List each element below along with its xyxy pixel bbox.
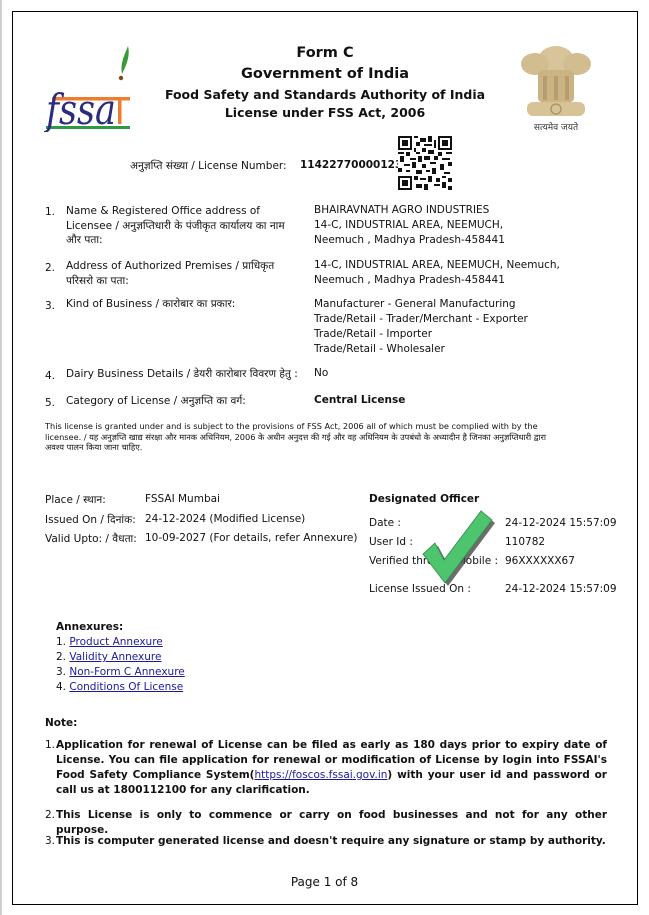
annexure-item-product: 1. Product Annexure xyxy=(56,636,163,648)
item-1-number: 1. xyxy=(45,206,55,218)
issued-on-label: Issued On / दिनांक: xyxy=(45,513,136,527)
conditions-of-license-link[interactable]: Conditions Of License xyxy=(69,681,183,693)
annexure-number: 4. xyxy=(56,681,66,693)
item-5-number: 5. xyxy=(45,397,55,409)
validity-annexure-link[interactable]: Validity Annexure xyxy=(69,651,161,663)
national-emblem: सत्यमेव जयते xyxy=(513,40,599,136)
officer-userid-label: User Id : xyxy=(369,536,413,548)
item-3-value-4: Trade/Retail - Wholesaler xyxy=(314,342,445,357)
page-number: Page 1 of 8 xyxy=(0,875,649,889)
license-number-label: अनुज्ञप्ति संख्या / License Number: xyxy=(130,159,287,173)
note-title: Note: xyxy=(45,717,77,729)
officer-mobile-value: 96XXXXXX67 xyxy=(505,555,575,567)
item-4-value: No xyxy=(314,366,328,381)
foscos-link[interactable]: https://foscos.fssai.gov.in xyxy=(254,769,387,781)
annexure-number: 1. xyxy=(56,636,66,648)
item-4-label: Dairy Business Details / डेयरी कारोबार व… xyxy=(66,367,311,382)
place-value: FSSAI Mumbai xyxy=(145,493,220,505)
item-2-value-2: Neemuch , Madhya Pradesh-458441 xyxy=(314,273,505,288)
svg-text:fssa: fssa xyxy=(43,85,116,132)
government-title: Government of India xyxy=(150,66,500,82)
license-issued-on-value: 24-12-2024 15:57:09 xyxy=(505,583,617,595)
non-form-c-annexure-link[interactable]: Non-Form C Annexure xyxy=(69,666,184,678)
valid-upto-value: 10-09-2027 (For details, refer Annexure) xyxy=(145,532,358,544)
item-1-value-1: BHAIRAVNATH AGRO INDUSTRIES xyxy=(314,203,489,218)
officer-date-label: Date : xyxy=(369,517,401,529)
emblem-motto: सत्यमेव जयते xyxy=(513,120,599,133)
annexure-item-conditions: 4. Conditions Of License xyxy=(56,681,183,693)
item-2-value-1: 14-C, INDUSTRIAL AREA, NEEMUCH, Neemuch, xyxy=(314,258,560,273)
product-annexure-link[interactable]: Product Annexure xyxy=(69,636,162,648)
item-3-number: 3. xyxy=(45,300,55,312)
viewer-edge xyxy=(0,0,2,915)
designated-officer-title: Designated Officer xyxy=(369,493,479,505)
annexures-title: Annexures: xyxy=(56,621,123,633)
qr-code xyxy=(398,136,452,190)
item-5-value: Central License xyxy=(314,393,405,408)
officer-date-value: 24-12-2024 15:57:09 xyxy=(505,517,617,529)
license-disclaimer: This license is granted under and is sub… xyxy=(45,421,565,453)
act-title: License under FSS Act, 2006 xyxy=(150,105,500,120)
place-label: Place / स्थान: xyxy=(45,493,106,507)
item-4-number: 4. xyxy=(45,370,55,382)
annexure-number: 2. xyxy=(56,651,66,663)
lion-capital-icon xyxy=(513,40,599,120)
officer-userid-value: 110782 xyxy=(505,536,545,548)
annexure-number: 3. xyxy=(56,666,66,678)
item-3-value-3: Trade/Retail - Importer xyxy=(314,327,432,342)
item-2-label: Address of Authorized Premises / प्राधिक… xyxy=(66,259,296,288)
note-number: 2. xyxy=(45,808,55,823)
note-1: 1. Application for renewal of License ca… xyxy=(45,738,607,798)
note-1-text: Application for renewal of License can b… xyxy=(56,738,607,798)
authority-title: Food Safety and Standards Authority of I… xyxy=(150,87,500,102)
note-3: 3. This is computer generated license an… xyxy=(45,834,607,849)
note-3-text: This is computer generated license and d… xyxy=(56,834,607,849)
item-3-value-1: Manufacturer - General Manufacturing xyxy=(314,297,516,312)
annexure-item-non-form-c: 3. Non-Form C Annexure xyxy=(56,666,185,678)
item-3-label: Kind of Business / कारोबार का प्रकार: xyxy=(66,297,306,312)
valid-upto-label: Valid Upto: / वैधता: xyxy=(45,532,137,546)
fssai-logo: fssa xyxy=(42,42,134,132)
form-title: Form C xyxy=(150,45,500,61)
item-5-label: Category of License / अनुज्ञप्ति का वर्ग… xyxy=(66,394,311,409)
note-number: 3. xyxy=(45,834,55,849)
issued-on-value: 24-12-2024 (Modified License) xyxy=(145,513,305,525)
license-number: 11422770000123 xyxy=(300,159,402,171)
annexure-item-validity: 2. Validity Annexure xyxy=(56,651,161,663)
item-1-label: Name & Registered Office address of Lice… xyxy=(66,204,296,248)
item-2-number: 2. xyxy=(45,262,55,274)
note-number: 1. xyxy=(45,738,55,753)
item-1-value-3: Neemuch , Madhya Pradesh-458441 xyxy=(314,233,505,248)
verified-checkmark-icon xyxy=(414,505,496,587)
item-3-value-2: Trade/Retail - Trader/Merchant - Exporte… xyxy=(314,312,528,327)
item-1-value-2: 14-C, INDUSTRIAL AREA, NEEMUCH, xyxy=(314,218,503,233)
